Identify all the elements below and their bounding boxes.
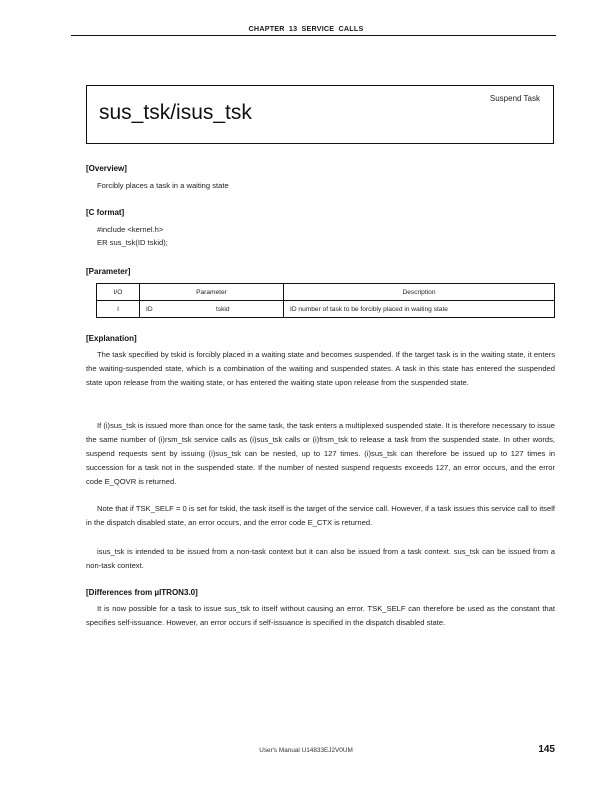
column-header-description: Description	[284, 284, 555, 301]
param-name: tskid	[216, 306, 230, 313]
parameter-heading: [Parameter]	[86, 267, 130, 276]
cell-io: I	[97, 301, 140, 318]
table-row: I IDtskid ID number of task to be forcib…	[97, 301, 555, 318]
cell-description: ID number of task to be forcibly placed …	[284, 301, 555, 318]
header-rule	[71, 35, 556, 36]
c-format-signature: ER sus_tsk(ID tskid);	[97, 236, 168, 250]
column-header-parameter: Parameter	[140, 284, 284, 301]
differences-text: It is now possible for a task to issue s…	[86, 602, 555, 630]
column-header-io: I/O	[97, 284, 140, 301]
c-format-heading: [C format]	[86, 208, 124, 217]
cell-parameter: IDtskid	[140, 301, 284, 318]
explanation-paragraph-1: The task specified by tskid is forcibly …	[86, 348, 555, 390]
overview-text: Forcibly places a task in a waiting stat…	[97, 179, 229, 193]
explanation-paragraph-3: Note that if TSK_SELF = 0 is set for tsk…	[86, 502, 555, 530]
explanation-paragraph-2: If (i)sus_tsk is issued more than once f…	[86, 419, 555, 489]
page-number: 145	[520, 744, 555, 755]
c-format-include: #include <kernel.h>	[97, 223, 163, 237]
param-type: ID	[146, 306, 216, 313]
chapter-header: CHAPTER 13 SERVICE CALLS	[0, 24, 612, 33]
differences-heading: [Differences from µITRON3.0]	[86, 588, 198, 597]
table-header-row: I/O Parameter Description	[97, 284, 555, 301]
page-subtitle: Suspend Task	[440, 94, 540, 103]
explanation-paragraph-4: isus_tsk is intended to be issued from a…	[86, 545, 555, 573]
parameter-table: I/O Parameter Description I IDtskid ID n…	[96, 283, 555, 318]
overview-heading: [Overview]	[86, 164, 127, 173]
page-title: sus_tsk/isus_tsk	[99, 101, 252, 125]
explanation-heading: [Explanation]	[86, 334, 137, 343]
